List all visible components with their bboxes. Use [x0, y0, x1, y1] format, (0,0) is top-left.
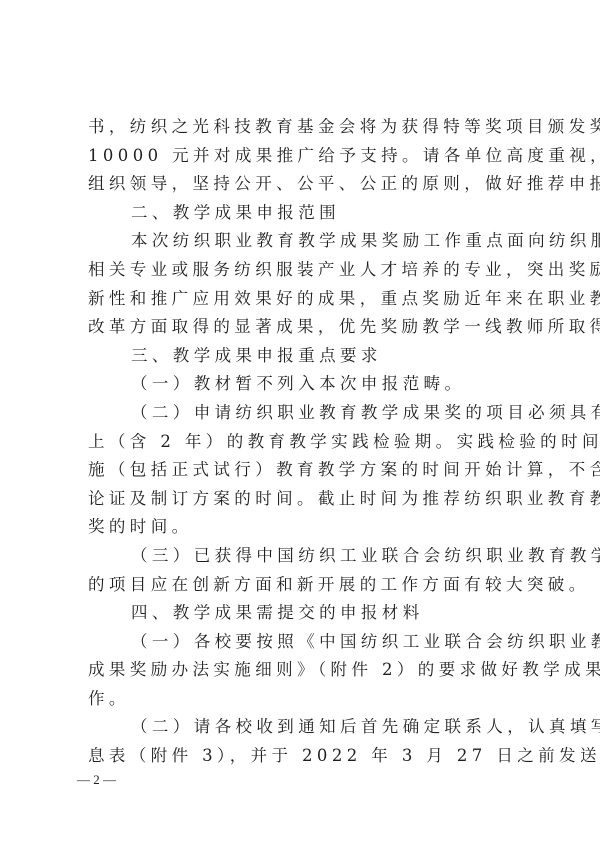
section-heading-materials: 四、教学成果需提交的申报材料: [88, 599, 528, 628]
text-line: 奖的时间。: [88, 513, 528, 542]
text-line: （二）申请纺织职业教育教学成果奖的项目必须具有 2 年以: [88, 399, 528, 428]
text-line: 的项目应在创新方面和新开展的工作方面有较大突破。: [88, 571, 528, 600]
text-line: 相关专业或服务纺织服装产业人才培养的专业，突出奖励具有创: [88, 256, 528, 285]
text-line: 本次纺织职业教育教学成果奖励工作重点面向纺织服装类: [88, 227, 528, 256]
text-line: （三）已获得中国纺织工业联合会纺织职业教育教学成果奖: [88, 542, 528, 571]
text-line: 上（含 2 年）的教育教学实践检验期。实践检验的时间从正式实: [88, 428, 528, 457]
text-line: 论证及制订方案的时间。截止时间为推荐纺织职业教育教学成果: [88, 485, 528, 514]
document-body: 书，纺织之光科技教育基金会将为获得特等奖项目颁发奖金 10000 元并对成果推广…: [88, 113, 528, 771]
section-heading-scope: 二、教学成果申报范围: [88, 199, 528, 228]
text-line: 作。: [88, 685, 528, 714]
text-line: 息表（附件 3），并于 2022 年 3 月 27 日之前发送至邮箱: [88, 742, 528, 771]
text-line: 10000 元并对成果推广给予支持。请各单位高度重视，切实加强: [88, 142, 528, 171]
text-line: （二）请各校收到通知后首先确定联系人，认真填写单位信: [88, 713, 528, 742]
text-line: 施（包括正式试行）教育教学方案的时间开始计算，不含研讨、: [88, 456, 528, 485]
page-number: — 2 —: [77, 772, 116, 788]
text-line: 书，纺织之光科技教育基金会将为获得特等奖项目颁发奖金: [88, 113, 528, 142]
section-heading-requirements: 三、教学成果申报重点要求: [88, 342, 528, 371]
text-line: 新性和推广应用效果好的成果，重点奖励近年来在职业教育教学: [88, 285, 528, 314]
text-line: （一）教材暂不列入本次申报范畴。: [88, 370, 528, 399]
text-line: 改革方面取得的显著成果，优先奖励教学一线教师所取得的成果。: [88, 313, 528, 342]
text-line: （一）各校要按照《中国纺织工业联合会纺织职业教育教学: [88, 628, 528, 657]
document-page: 书，纺织之光科技教育基金会将为获得特等奖项目颁发奖金 10000 元并对成果推广…: [0, 0, 600, 848]
text-line: 组织领导，坚持公开、公平、公正的原则，做好推荐申报工作。: [88, 170, 528, 199]
text-line: 成果奖励办法实施细则》（附件 2）的要求做好教学成果推荐工: [88, 656, 528, 685]
